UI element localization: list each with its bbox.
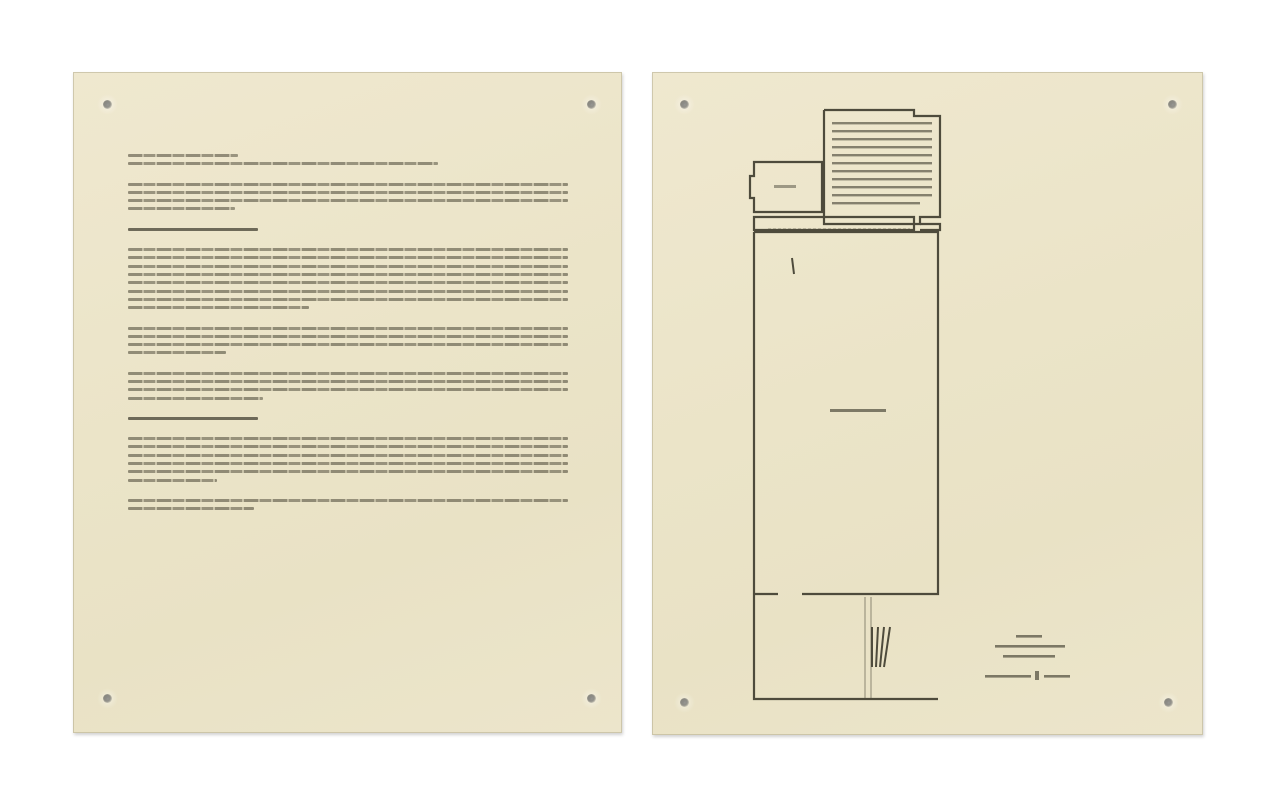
paragraph bbox=[128, 437, 568, 487]
mounting-screw-icon bbox=[587, 694, 596, 703]
text-document-panel bbox=[73, 72, 622, 733]
text-line bbox=[128, 162, 438, 165]
paragraph bbox=[128, 372, 568, 405]
text-line bbox=[128, 228, 258, 231]
inset-text-block bbox=[832, 122, 932, 204]
section-heading bbox=[128, 417, 568, 426]
floor-plan-panel bbox=[652, 72, 1203, 735]
text-line bbox=[128, 281, 568, 284]
paragraph bbox=[128, 183, 568, 216]
text-line bbox=[128, 327, 568, 330]
paragraph bbox=[128, 248, 568, 314]
mounting-screw-icon bbox=[103, 100, 112, 109]
text-line bbox=[128, 437, 568, 440]
paragraph bbox=[128, 154, 568, 171]
text-line bbox=[128, 298, 568, 301]
text-line bbox=[128, 372, 568, 375]
text-line bbox=[128, 273, 568, 276]
small-room-label bbox=[774, 185, 796, 188]
main-hall-label bbox=[830, 409, 886, 412]
text-line bbox=[128, 154, 238, 157]
section-heading bbox=[128, 228, 568, 237]
text-line bbox=[128, 380, 568, 383]
mounting-screw-icon bbox=[103, 694, 112, 703]
text-line bbox=[128, 265, 568, 268]
text-line bbox=[128, 256, 568, 259]
text-line bbox=[128, 306, 309, 309]
text-line bbox=[128, 417, 258, 420]
text-line bbox=[128, 248, 568, 251]
mounting-screw-icon bbox=[587, 100, 596, 109]
text-line bbox=[128, 183, 568, 186]
text-line bbox=[128, 462, 568, 465]
text-line bbox=[128, 191, 568, 194]
paragraph bbox=[128, 499, 568, 516]
main-hall-outline bbox=[754, 232, 938, 594]
text-line bbox=[128, 199, 568, 202]
paragraph bbox=[128, 327, 568, 360]
text-line bbox=[128, 351, 226, 354]
inset-box-outline bbox=[824, 110, 940, 224]
floor-plan-drawing bbox=[652, 72, 1203, 735]
text-line bbox=[128, 397, 263, 400]
text-line bbox=[128, 207, 235, 210]
plan-caption bbox=[985, 635, 1070, 680]
text-line bbox=[128, 388, 568, 391]
text-line bbox=[128, 470, 568, 473]
text-line bbox=[128, 507, 254, 510]
text-line bbox=[128, 290, 568, 293]
text-line bbox=[128, 335, 568, 338]
text-line bbox=[128, 454, 568, 457]
text-line bbox=[128, 445, 568, 448]
text-line bbox=[128, 343, 568, 346]
text-line bbox=[128, 479, 217, 482]
text-line bbox=[128, 499, 568, 502]
